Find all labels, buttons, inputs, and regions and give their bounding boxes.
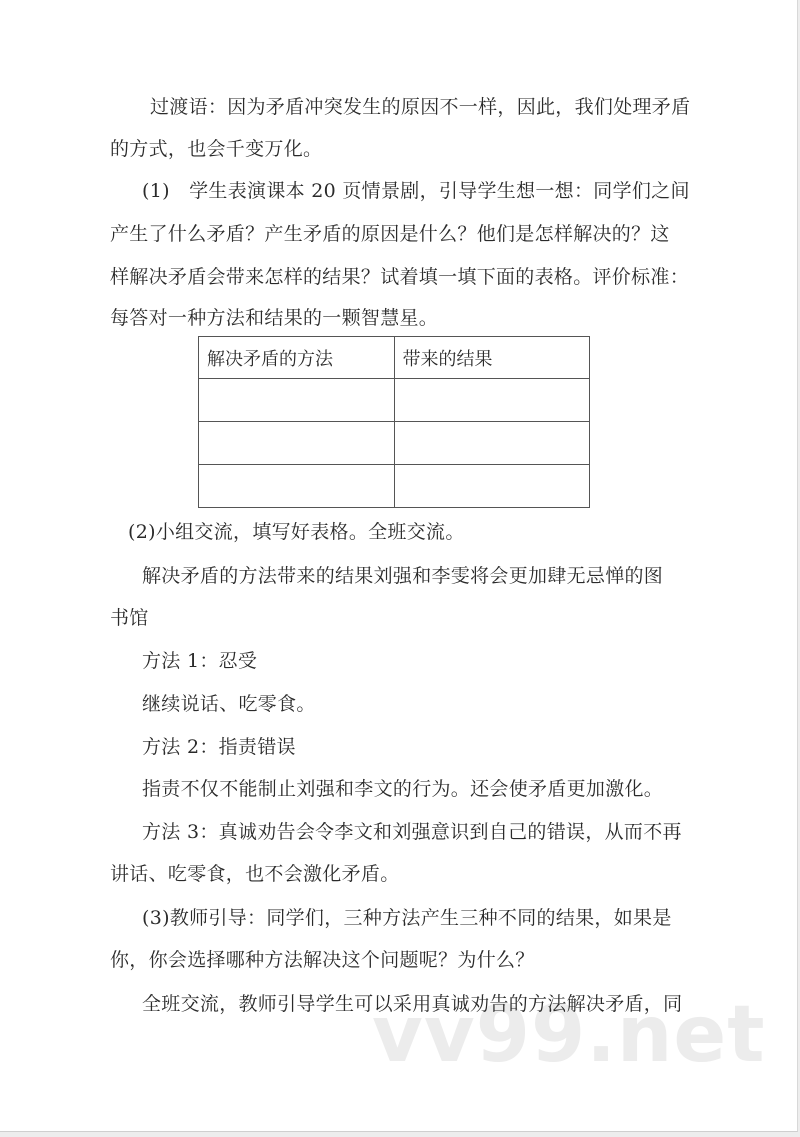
- method-result-table: 解决矛盾的方法 带来的结果: [198, 336, 590, 508]
- paragraph-result-line-1: 解决矛盾的方法带来的结果刘强和李雯将会更加肆无忌惮的图: [142, 564, 663, 588]
- table-row: [199, 465, 590, 508]
- table-cell-method-1: [199, 379, 395, 422]
- paragraph-step2: (2)小组交流，填写好表格。全班交流。: [128, 520, 465, 544]
- paragraph-step1-line-1: (1) 学生表演课本 20 页情景剧，引导学生想一想：同学们之间: [142, 179, 690, 203]
- table-cell-result-2: [394, 422, 590, 465]
- table-cell-method-2: [199, 422, 395, 465]
- table-row: [199, 422, 590, 465]
- table-cell-result-3: [394, 465, 590, 508]
- paragraph-step1-line-4: 每答对一种方法和结果的一颗智慧星。: [110, 306, 438, 330]
- paragraph-method1: 方法 1：忍受: [142, 649, 257, 673]
- paragraph-result-line-2: 书馆: [110, 606, 149, 630]
- paragraph-summary-line-1: 全班交流，教师引导学生可以采用真诚劝告的方法解决矛盾，同: [142, 992, 682, 1016]
- table-header-row: 解决矛盾的方法 带来的结果: [199, 337, 590, 379]
- paragraph-step1-line-3: 样解决矛盾会带来怎样的结果？试着填一填下面的表格。评价标准：: [110, 265, 689, 289]
- paragraph-step3-line-2: 你，你会选择哪种方法解决这个问题呢？为什么？: [110, 948, 535, 972]
- paragraph-method3-line-1: 方法 3：真诚劝告会令李文和刘强意识到自己的错误，从而不再: [142, 820, 682, 844]
- paragraph-method1-result: 继续说话、吃零食。: [142, 692, 316, 716]
- paragraph-step3-line-1: (3)教师引导：同学们，三种方法产生三种不同的结果，如果是: [142, 906, 672, 930]
- table-cell-method-3: [199, 465, 395, 508]
- paragraph-transition-line-2: 的方式，也会千变万化。: [110, 137, 322, 161]
- paragraph-method2-result: 指责不仅不能制止刘强和李文的行为。还会使矛盾更加激化。: [142, 777, 663, 801]
- paragraph-transition-line-1: 过渡语：因为矛盾冲突发生的原因不一样，因此，我们处理矛盾: [150, 95, 690, 119]
- document-page: 过渡语：因为矛盾冲突发生的原因不一样，因此，我们处理矛盾 的方式，也会千变万化。…: [0, 0, 798, 1132]
- paragraph-method2: 方法 2：指责错误: [142, 735, 296, 759]
- table-cell-result-1: [394, 379, 590, 422]
- paragraph-method3-line-2: 讲话、吃零食，也不会激化矛盾。: [110, 862, 400, 886]
- paragraph-step1-line-2: 产生了什么矛盾？产生矛盾的原因是什么？他们是怎样解决的？这: [110, 222, 670, 246]
- table-header-result: 带来的结果: [394, 337, 590, 379]
- table-row: [199, 379, 590, 422]
- table-header-method: 解决矛盾的方法: [199, 337, 395, 379]
